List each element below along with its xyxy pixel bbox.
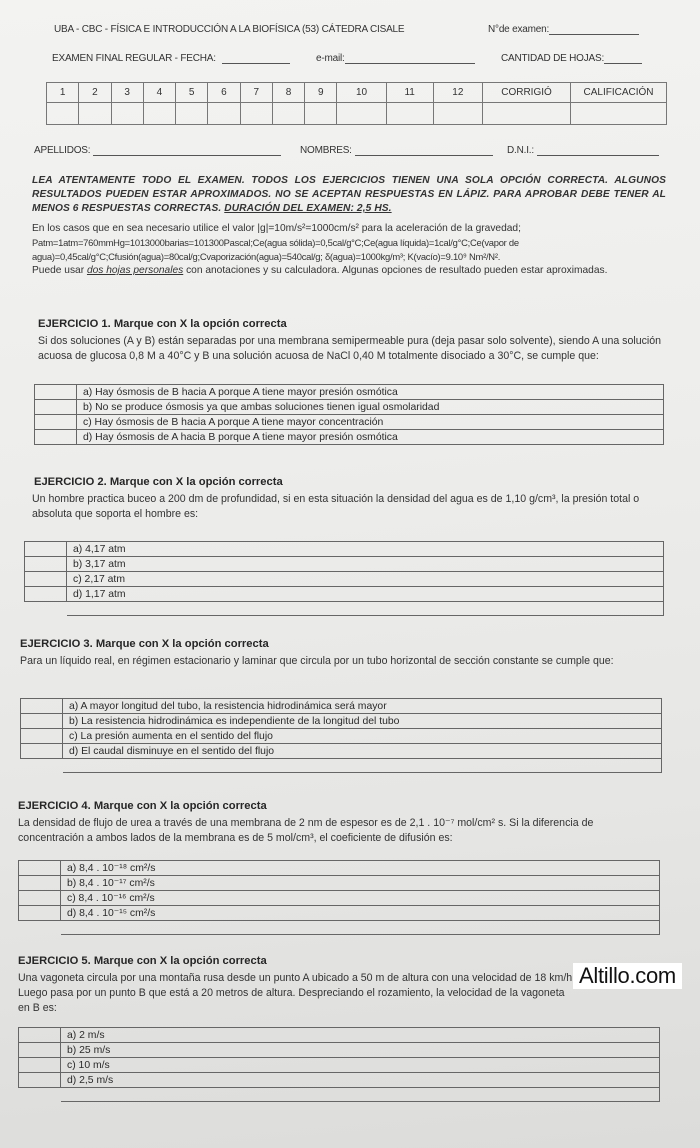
dni-blank[interactable]	[537, 146, 659, 156]
exercise-title: EJERCICIO 1. Marque con X la opción corr…	[38, 318, 287, 330]
exam-number-blank[interactable]	[549, 25, 639, 35]
grade-col-header: 12	[433, 83, 482, 103]
option-row: a) Hay ósmosis de B hacia A porque A tie…	[35, 385, 664, 400]
dni-label: D.N.I.:	[507, 145, 534, 156]
grade-col-header: 10	[337, 83, 386, 103]
grade-col-header: CORRIGIÓ	[483, 83, 571, 103]
exercise-statement: La densidad de flujo de urea a través de…	[18, 816, 658, 846]
option-mark-box[interactable]	[35, 385, 77, 400]
option-mark-box[interactable]	[21, 699, 63, 714]
names-label: NOMBRES:	[300, 145, 352, 156]
empty-cell	[25, 602, 67, 616]
option-text: c) Hay ósmosis de B hacia A porque A tie…	[77, 415, 664, 430]
option-text: a) 2 m/s	[61, 1028, 660, 1043]
option-mark-box[interactable]	[35, 415, 77, 430]
grade-col-header: 4	[143, 83, 175, 103]
email-field[interactable]: e-mail:	[316, 53, 475, 64]
option-row: b) 8,4 . 10⁻¹⁷ cm²/s	[19, 876, 660, 891]
dni-field[interactable]: D.N.I.:	[507, 145, 659, 156]
exercise-title: EJERCICIO 4. Marque con X la opción corr…	[18, 800, 267, 812]
option-mark-box[interactable]	[19, 891, 61, 906]
option-mark-box[interactable]	[19, 1058, 61, 1073]
grade-table-header: 123456789101112CORRIGIÓCALIFICACIÓN	[47, 83, 667, 103]
option-text: d) 8,4 . 10⁻¹⁵ cm²/s	[61, 906, 660, 921]
grade-col-header: 8	[272, 83, 304, 103]
option-text: b) La resistencia hidrodinámica es indep…	[63, 714, 662, 729]
option-row: c) Hay ósmosis de B hacia A porque A tie…	[35, 415, 664, 430]
exercise-title: EJERCICIO 5. Marque con X la opción corr…	[18, 955, 267, 967]
option-text: b) 25 m/s	[61, 1043, 660, 1058]
option-mark-box[interactable]	[35, 400, 77, 415]
option-row-empty	[19, 1088, 660, 1102]
grade-col-header: 5	[176, 83, 208, 103]
personal-sheets-emphasis: dos hojas personales	[87, 265, 183, 276]
grade-table: 123456789101112CORRIGIÓCALIFICACIÓN	[46, 82, 667, 125]
option-mark-box[interactable]	[19, 1073, 61, 1088]
watermark-logo: Altillo.com	[573, 963, 682, 989]
exam-number-label: N°de examen:	[488, 24, 549, 35]
exercise-statement: Una vagoneta circula por una montaña rus…	[18, 971, 578, 1016]
email-label: e-mail:	[316, 53, 345, 64]
option-row: b) La resistencia hidrodinámica es indep…	[21, 714, 662, 729]
option-row: a) A mayor longitud del tubo, la resiste…	[21, 699, 662, 714]
exercise-title: EJERCICIO 3. Marque con X la opción corr…	[20, 638, 269, 650]
option-text: d) El caudal disminuye en el sentido del…	[63, 744, 662, 759]
option-row: a) 2 m/s	[19, 1028, 660, 1043]
option-row: c) 10 m/s	[19, 1058, 660, 1073]
sheet-count-label: CANTIDAD DE HOJAS:	[501, 53, 604, 64]
grade-cell[interactable]	[79, 103, 111, 125]
option-mark-box[interactable]	[25, 542, 67, 557]
grade-cell[interactable]	[433, 103, 482, 125]
option-row: d) 1,17 atm	[25, 587, 664, 602]
empty-cell	[19, 921, 61, 935]
grade-col-header: 2	[79, 83, 111, 103]
option-mark-box[interactable]	[25, 557, 67, 572]
option-row: b) No se produce ósmosis ya que ambas so…	[35, 400, 664, 415]
options-table: a) A mayor longitud del tubo, la resiste…	[20, 698, 662, 773]
empty-cell	[61, 1088, 660, 1102]
grade-col-header: 11	[386, 83, 433, 103]
empty-cell	[63, 759, 662, 773]
option-row-empty	[19, 921, 660, 935]
grade-cell[interactable]	[143, 103, 175, 125]
grade-cell[interactable]	[337, 103, 386, 125]
option-mark-box[interactable]	[25, 587, 67, 602]
course-line: UBA - CBC - FÍSICA E INTRODUCCIÓN A LA B…	[54, 24, 404, 35]
grade-col-header: 7	[240, 83, 272, 103]
grade-cell[interactable]	[272, 103, 304, 125]
empty-cell	[67, 602, 664, 616]
option-text: c) 8,4 . 10⁻¹⁶ cm²/s	[61, 891, 660, 906]
date-blank[interactable]	[222, 54, 290, 64]
option-text: d) 1,17 atm	[67, 587, 664, 602]
instructions-caps: LEA ATENTAMENTE TODO EL EXAMEN. TODOS LO…	[32, 174, 666, 216]
option-mark-box[interactable]	[19, 906, 61, 921]
surname-label: APELLIDOS:	[34, 145, 90, 156]
option-row-empty	[21, 759, 662, 773]
option-text: b) 3,17 atm	[67, 557, 664, 572]
surname-blank[interactable]	[93, 146, 281, 156]
grade-cell[interactable]	[483, 103, 571, 125]
option-row: b) 25 m/s	[19, 1043, 660, 1058]
exam-date-field[interactable]: EXAMEN FINAL REGULAR - FECHA:	[52, 53, 290, 64]
course-title: UBA - CBC - FÍSICA E INTRODUCCIÓN A LA B…	[54, 24, 404, 35]
option-mark-box[interactable]	[21, 714, 63, 729]
grade-cell[interactable]	[305, 103, 337, 125]
exercise-statement: Si dos soluciones (A y B) están separada…	[38, 334, 666, 364]
exercise-statement: Para un líquido real, en régimen estacio…	[20, 654, 620, 669]
names-field[interactable]: NOMBRES:	[300, 145, 493, 156]
option-row: c) 2,17 atm	[25, 572, 664, 587]
option-text: d) Hay ósmosis de A hacia B porque A tie…	[77, 430, 664, 445]
grade-cell[interactable]	[386, 103, 433, 125]
option-text: a) A mayor longitud del tubo, la resiste…	[63, 699, 662, 714]
exam-duration: DURACIÓN DEL EXAMEN: 2,5 HS.	[224, 203, 391, 214]
option-row: a) 4,17 atm	[25, 542, 664, 557]
option-text: c) 10 m/s	[61, 1058, 660, 1073]
grade-cell[interactable]	[571, 103, 667, 125]
option-text: b) 8,4 . 10⁻¹⁷ cm²/s	[61, 876, 660, 891]
option-text: b) No se produce ósmosis ya que ambas so…	[77, 400, 664, 415]
grade-col-header: CALIFICACIÓN	[571, 83, 667, 103]
option-row: d) Hay ósmosis de A hacia B porque A tie…	[35, 430, 664, 445]
option-text: a) Hay ósmosis de B hacia A porque A tie…	[77, 385, 664, 400]
grade-cell[interactable]	[208, 103, 240, 125]
option-mark-box[interactable]	[19, 1028, 61, 1043]
sheet-count-blank[interactable]	[604, 54, 642, 64]
option-row: b) 3,17 atm	[25, 557, 664, 572]
grade-cell[interactable]	[47, 103, 79, 125]
email-blank[interactable]	[345, 54, 475, 64]
personal-sheets-prefix: Puede usar	[32, 265, 84, 276]
option-text: c) 2,17 atm	[67, 572, 664, 587]
empty-cell	[61, 921, 660, 935]
grade-cell[interactable]	[176, 103, 208, 125]
personal-sheets-note: Puede usar dos hojas personales con anot…	[32, 264, 666, 278]
constants-block: En los casos que en sea necesario utilic…	[32, 222, 666, 278]
option-mark-box[interactable]	[19, 876, 61, 891]
sheet-count-field[interactable]: CANTIDAD DE HOJAS:	[501, 53, 642, 64]
grade-col-header: 3	[111, 83, 143, 103]
option-text: a) 8,4 . 10⁻¹⁸ cm²/s	[61, 861, 660, 876]
exercise-title: EJERCICIO 2. Marque con X la opción corr…	[34, 476, 283, 488]
option-text: c) La presión aumenta en el sentido del …	[63, 729, 662, 744]
option-text: a) 4,17 atm	[67, 542, 664, 557]
options-table: a) 8,4 . 10⁻¹⁸ cm²/sb) 8,4 . 10⁻¹⁷ cm²/s…	[18, 860, 660, 935]
option-mark-box[interactable]	[25, 572, 67, 587]
grade-col-header: 9	[305, 83, 337, 103]
options-table: a) Hay ósmosis de B hacia A porque A tie…	[34, 384, 664, 445]
option-row-empty	[25, 602, 664, 616]
option-row: d) El caudal disminuye en el sentido del…	[21, 744, 662, 759]
option-mark-box[interactable]	[19, 861, 61, 876]
options-table: a) 2 m/sb) 25 m/sc) 10 m/sd) 2,5 m/s	[18, 1027, 660, 1102]
exam-type-label: EXAMEN FINAL REGULAR - FECHA:	[52, 53, 216, 64]
grade-col-header: 6	[208, 83, 240, 103]
options-table: a) 4,17 atmb) 3,17 atmc) 2,17 atmd) 1,17…	[24, 541, 664, 616]
option-row: d) 8,4 . 10⁻¹⁵ cm²/s	[19, 906, 660, 921]
constants-values: Patm=1atm=760mmHg=1013000barias=101300Pa…	[32, 236, 666, 264]
exercise-statement: Un hombre practica buceo a 200 dm de pro…	[32, 492, 652, 522]
constants-intro: En los casos que en sea necesario utilic…	[32, 222, 666, 236]
option-mark-box[interactable]	[19, 1043, 61, 1058]
empty-cell	[21, 759, 63, 773]
grade-cell[interactable]	[111, 103, 143, 125]
exam-paper: UBA - CBC - FÍSICA E INTRODUCCIÓN A LA B…	[0, 0, 700, 1148]
option-mark-box[interactable]	[21, 729, 63, 744]
option-row: c) 8,4 . 10⁻¹⁶ cm²/s	[19, 891, 660, 906]
option-row: c) La presión aumenta en el sentido del …	[21, 729, 662, 744]
grade-table-answers	[47, 103, 667, 125]
option-text: d) 2,5 m/s	[61, 1073, 660, 1088]
grade-cell[interactable]	[240, 103, 272, 125]
personal-sheets-suffix: con anotaciones y su calculadora. Alguna…	[186, 265, 607, 276]
grade-col-header: 1	[47, 83, 79, 103]
option-mark-box[interactable]	[35, 430, 77, 445]
empty-cell	[19, 1088, 61, 1102]
option-row: d) 2,5 m/s	[19, 1073, 660, 1088]
surname-field[interactable]: APELLIDOS:	[34, 145, 281, 156]
option-mark-box[interactable]	[21, 744, 63, 759]
names-blank[interactable]	[355, 146, 493, 156]
exam-number-field[interactable]: N°de examen:	[488, 24, 639, 35]
option-row: a) 8,4 . 10⁻¹⁸ cm²/s	[19, 861, 660, 876]
